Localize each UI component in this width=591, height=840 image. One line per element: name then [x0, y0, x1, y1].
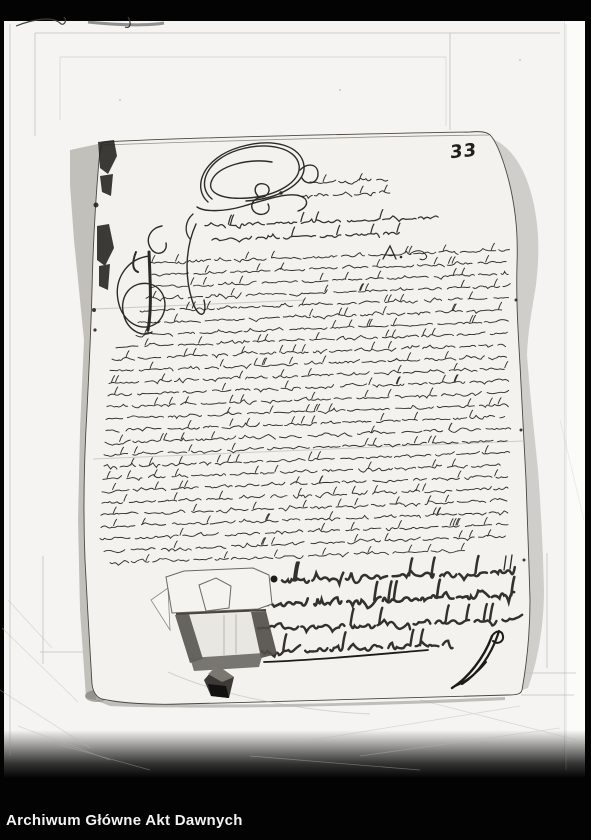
page-number: 33 [450, 140, 478, 164]
archive-caption: Archiwum Główne Akt Dawnych [6, 812, 243, 829]
frame-hair-marks [16, 17, 164, 27]
film-frame: 33 Archiwum Główne Akt Dawnych [0, 0, 591, 840]
manuscript-artwork [0, 0, 591, 840]
